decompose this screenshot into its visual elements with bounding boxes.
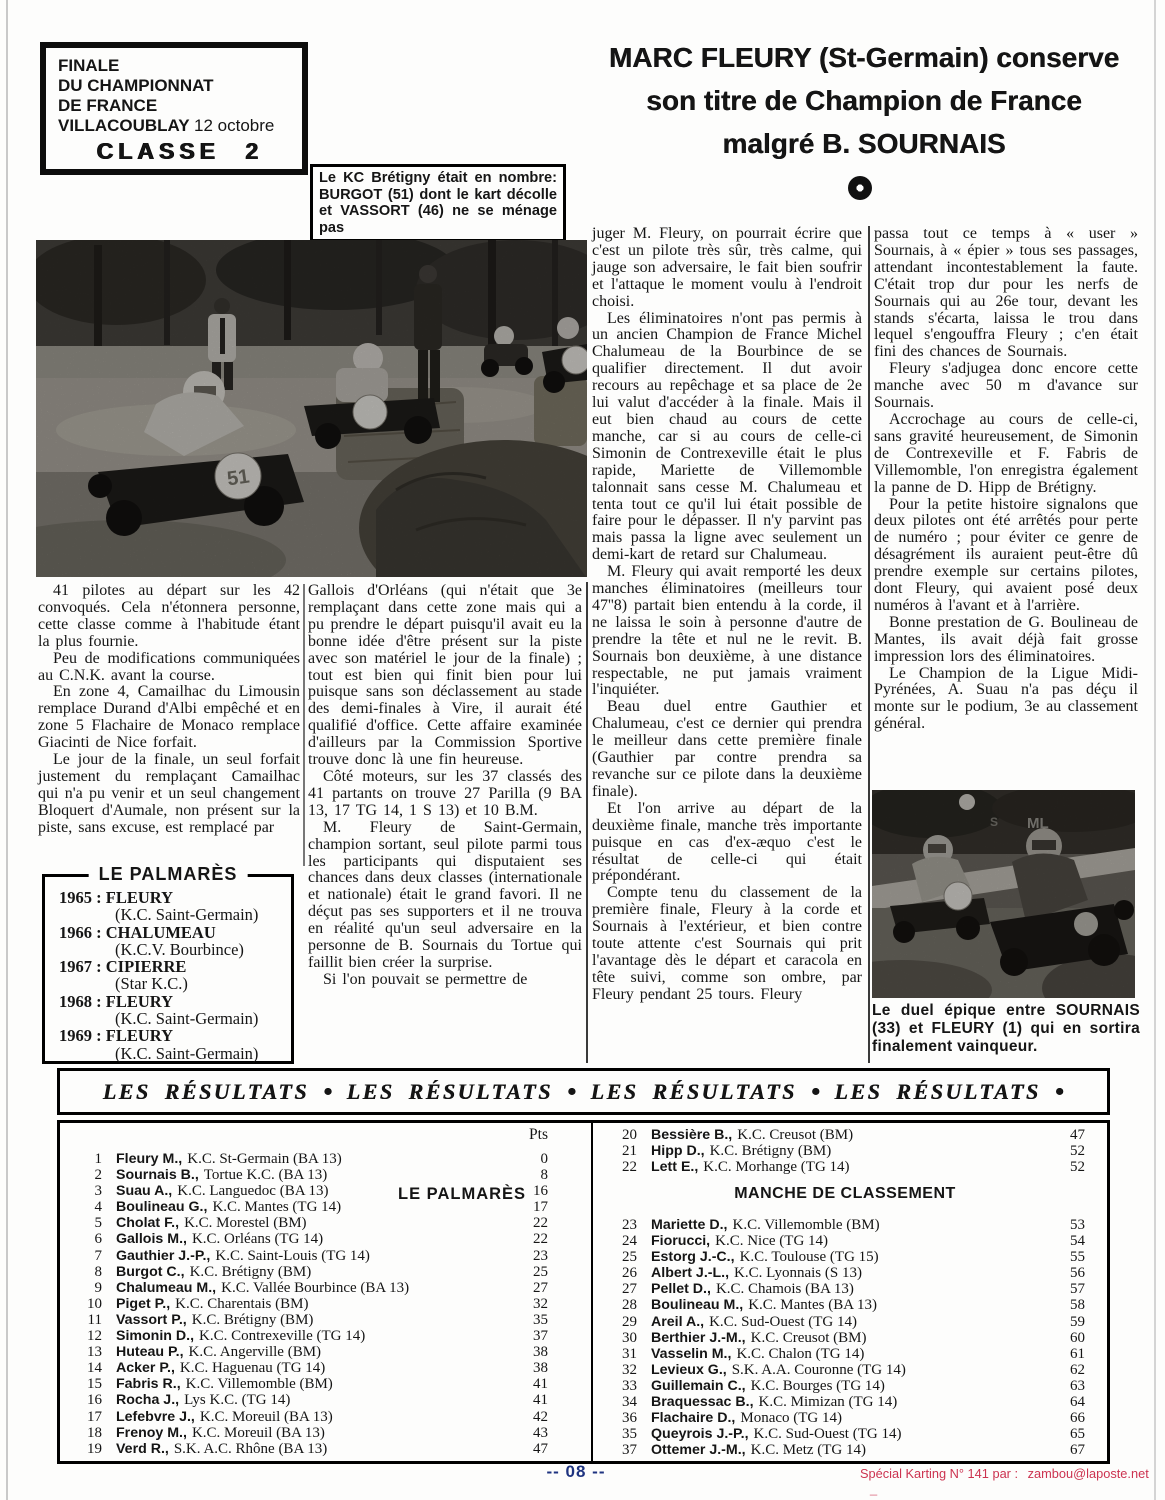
page: { "masthead": { "line1": "FINALE", "line… [0, 0, 1165, 1500]
palmares-entry: 1969 : FLEURY (K.C. Saint-Germain) [45, 1027, 291, 1062]
points-column-header: Pts [70, 1126, 548, 1144]
result-row: 32Levieux G.,S.K. A.A. Couronne (TG 14)6… [605, 1362, 1085, 1378]
result-row: 3Suau A.,K.C. Languedoc (BA 13)16 [70, 1183, 548, 1199]
result-row: 28Boulineau M.,K.C. Mantes (BA 13)58 [605, 1297, 1085, 1313]
event-venue-line: VILLACOUBLAY 12 octobre [58, 116, 302, 136]
paragraph: juger M. Fleury, on pourrait écrire que … [592, 226, 862, 311]
paragraph: Le Champion de la Ligue Midi-Pyrénées, A… [874, 666, 1138, 734]
results-table: Pts LE PALMARÈS 1Fleury M.,K.C. St-Germa… [57, 1120, 1110, 1464]
paragraph: 41 pilotes au départ sur les 42 convoqué… [38, 583, 300, 651]
result-row: 13Huteau P.,K.C. Angerville (BM)38 [70, 1344, 548, 1360]
class-label: CLASSE 2 [58, 141, 302, 161]
bullet-icon: ● [323, 1083, 333, 1101]
result-row: 34Braquessac B.,K.C. Mimizan (TG 14)64 [605, 1394, 1085, 1410]
photo2-caption: Le duel épique entre SOURNAIS (33) et FL… [872, 1002, 1140, 1056]
paragraph: Bonne prestation de G. Boulineau de Mant… [874, 615, 1138, 666]
bullet-icon: ● [567, 1083, 577, 1101]
result-row: 7Gauthier J.-P.,K.C. Saint-Louis (TG 14)… [70, 1248, 548, 1264]
result-row: 21Hipp D.,K.C. Brétigny (BM)52 [605, 1143, 1085, 1159]
event-date: 12 octobre [194, 116, 274, 135]
scan-edge-right [1154, 0, 1156, 1500]
headline-line1: MARC FLEURY (St-Germain) conserve [578, 36, 1150, 79]
result-row: 33Guillemain C.,K.C. Bourges (TG 14)63 [605, 1378, 1085, 1394]
photo1-caption: Le KC Brétigny était en nombre: BURGOT (… [319, 170, 557, 236]
result-row: 37Ottemer J.-M.,K.C. Metz (TG 14)67 [605, 1442, 1085, 1458]
result-row: 19Verd R.,S.K. A.C. Rhône (BA 13)47 [70, 1441, 548, 1457]
scan-edge-left [6, 0, 8, 1500]
event-box: FINALE DU CHAMPIONNAT DE FRANCE VILLACOU… [40, 42, 308, 175]
duel-photo-art: ML S [872, 790, 1135, 998]
result-row: 1Fleury M.,K.C. St-Germain (BA 13)0 [70, 1151, 548, 1167]
paragraph: Peu de modifications communiquées au C.N… [38, 651, 300, 685]
paragraph: Accrochage au cours de celle-ci, sans gr… [874, 412, 1138, 497]
banner-item: LES RÉSULTATS [591, 1079, 797, 1105]
result-row: 29Areil A.,K.C. Sud-Ouest (TG 14)59 [605, 1314, 1085, 1330]
credit-email-link[interactable]: zambou@laposte.net [1028, 1466, 1149, 1481]
paragraph: Gallois d'Orléans (qui n'était que 3e re… [308, 583, 582, 769]
footer-credit: Spécial Karting N° 141 par : zambou@lapo… [860, 1466, 1160, 1496]
bullet-icon: ● [811, 1083, 821, 1101]
paragraph: Et l'on arrive au départ de la deuxième … [592, 801, 862, 886]
race-photo-art: 51 [36, 240, 587, 577]
event-line: DE FRANCE [58, 96, 302, 116]
result-row: 22Lett E.,K.C. Morhange (TG 14)52 [605, 1159, 1085, 1175]
paragraph: Si l'on pouvait se permettre de [308, 972, 582, 989]
event-line: DU CHAMPIONNAT [58, 76, 302, 96]
result-row: 17Lefebvre J.,K.C. Moreuil (BA 13)42 [70, 1409, 548, 1425]
result-row: 36Flachaire D.,Monaco (TG 14)66 [605, 1410, 1085, 1426]
result-row: 16Rocha J.,Lys K.C. (TG 14)41 [70, 1392, 548, 1408]
paragraph: Le jour de la finale, un seul forfait ju… [38, 752, 300, 837]
result-row: 25Estorg J.-C.,K.C. Toulouse (TG 15)55 [605, 1249, 1085, 1265]
result-row: 26Albert J.-L.,K.C. Lyonnais (S 13)56 [605, 1265, 1085, 1281]
bullet-icon: ● [1055, 1083, 1065, 1101]
paragraph: Fleury s'adjugea donc encore cette manch… [874, 361, 1138, 412]
result-row: 18Frenoy M.,K.C. Moreuil (BA 13)43 [70, 1425, 548, 1441]
results-right-bottom: 23Mariette D.,K.C. Villemomble (BM)53 24… [605, 1217, 1085, 1458]
headline-line3: malgré B. SOURNAIS [578, 122, 1150, 165]
duel-photo: ML S [872, 790, 1135, 998]
column-rule [303, 584, 305, 866]
result-row: 6Gallois M.,K.C. Orléans (TG 14)22 [70, 1231, 548, 1247]
paragraph: En zone 4, Camailhac du Limousin remplac… [38, 684, 300, 752]
paragraph: Les éliminatoires n'ont pas permis à un … [592, 311, 862, 565]
paragraph: Compte tenu du classement de la première… [592, 885, 862, 1003]
result-row: 30Berthier J.-M.,K.C. Creusot (BM)60 [605, 1330, 1085, 1346]
column-rule [586, 582, 588, 1063]
result-row: 14Acker P.,K.C. Haguenau (TG 14)38 [70, 1360, 548, 1376]
results-left-column: 1Fleury M.,K.C. St-Germain (BA 13)0 2Sou… [70, 1151, 548, 1457]
result-row: 31Vasselin M.,K.C. Chalon (TG 14)61 [605, 1346, 1085, 1362]
credit-text: Spécial Karting N° 141 par : [860, 1466, 1018, 1481]
event-venue: VILLACOUBLAY [58, 116, 189, 135]
paragraph: Pour la petite histoire signalons que de… [874, 497, 1138, 615]
event-line: FINALE [58, 56, 302, 76]
palmares-box: LE PALMARÈS 1965 : FLEURY (K.C. Saint-Ge… [42, 874, 294, 1064]
result-row: 35Queyrois J.-P.,K.C. Sud-Ouest (TG 14)6… [605, 1426, 1085, 1442]
results-right-top: 20Bessière B.,K.C. Creusot (BM)47 21Hipp… [605, 1127, 1085, 1175]
result-row: 2Sournais B.,Tortue K.C. (BA 13)8 [70, 1167, 548, 1183]
result-row: 11Vassort P.,K.C. Brétigny (BM)35 [70, 1312, 548, 1328]
bullseye-ornament-icon [848, 176, 872, 200]
table-divider [591, 1123, 593, 1461]
result-row: 27Pellet D.,K.C. Chamois (BA 13)57 [605, 1281, 1085, 1297]
result-row: 15Fabris R.,K.C. Villemomble (BM)41 [70, 1376, 548, 1392]
article-column-1: 41 pilotes au départ sur les 42 convoqué… [38, 583, 300, 837]
result-row: 8Burgot C.,K.C. Brétigny (BM)25 [70, 1264, 548, 1280]
palmares-entry: 1966 : CHALUMEAU (K.C.V. Bourbince) [45, 924, 291, 959]
paragraph: M. Fleury qui avait remporté les deux ma… [592, 564, 862, 699]
banner-item: LES RÉSULTATS [347, 1079, 553, 1105]
result-row: 20Bessière B.,K.C. Creusot (BM)47 [605, 1127, 1085, 1143]
banner-item: LES RÉSULTATS [834, 1079, 1040, 1105]
result-row: 4Boulineau G.,K.C. Mantes (TG 14)17 [70, 1199, 548, 1215]
race-photo: 51 [36, 240, 587, 577]
paragraph: passa tout ce temps à « user » Sournais,… [874, 226, 1138, 361]
banner-item: LES RÉSULTATS [103, 1079, 309, 1105]
result-row: 12Simonin D.,K.C. Contrexeville (TG 14)3… [70, 1328, 548, 1344]
paragraph: Beau duel entre Gauthier et Chalumeau, c… [592, 699, 862, 800]
headline-line2: son titre de Champion de France [578, 79, 1150, 122]
paragraph: Côté moteurs, sur les 37 classés des 41 … [308, 769, 582, 820]
result-row: 23Mariette D.,K.C. Villemomble (BM)53 [605, 1217, 1085, 1233]
palmares-title: LE PALMARÈS [89, 864, 248, 885]
column-rule [868, 226, 870, 1063]
article-column-4: passa tout ce temps à « user » Sournais,… [874, 226, 1138, 733]
paragraph: M. Fleury de Saint-Germain, champion sor… [308, 820, 582, 972]
palmares-entry: 1967 : CIPIERRE (Star K.C.) [45, 958, 291, 993]
palmares-entry: 1965 : FLEURY (K.C. Saint-Germain) [45, 889, 291, 924]
photo1-caption-box: Le KC Brétigny était en nombre: BURGOT (… [310, 164, 566, 242]
results-banner: LES RÉSULTATS ● LES RÉSULTATS ● LES RÉSU… [57, 1068, 1110, 1115]
headline: MARC FLEURY (St-Germain) conserve son ti… [578, 36, 1150, 165]
classement-header: MANCHE DE CLASSEMENT [605, 1185, 1085, 1203]
article-column-2: Gallois d'Orléans (qui n'était que 3e re… [308, 583, 582, 989]
result-row: 24Fiorucci,K.C. Nice (TG 14)54 [605, 1233, 1085, 1249]
page-number: -- 08 -- [516, 1462, 636, 1482]
article-column-3: juger M. Fleury, on pourrait écrire que … [592, 226, 862, 1004]
palmares-entry: 1968 : FLEURY (K.C. Saint-Germain) [45, 993, 291, 1028]
result-row: 9Chalumeau M.,K.C. Vallée Bourbince (BA … [70, 1280, 548, 1296]
credit-cursor: _ [870, 1481, 877, 1496]
result-row: 10Piget P.,K.C. Charentais (BM)32 [70, 1296, 548, 1312]
result-row: 5Cholat F.,K.C. Morestel (BM)22 [70, 1215, 548, 1231]
